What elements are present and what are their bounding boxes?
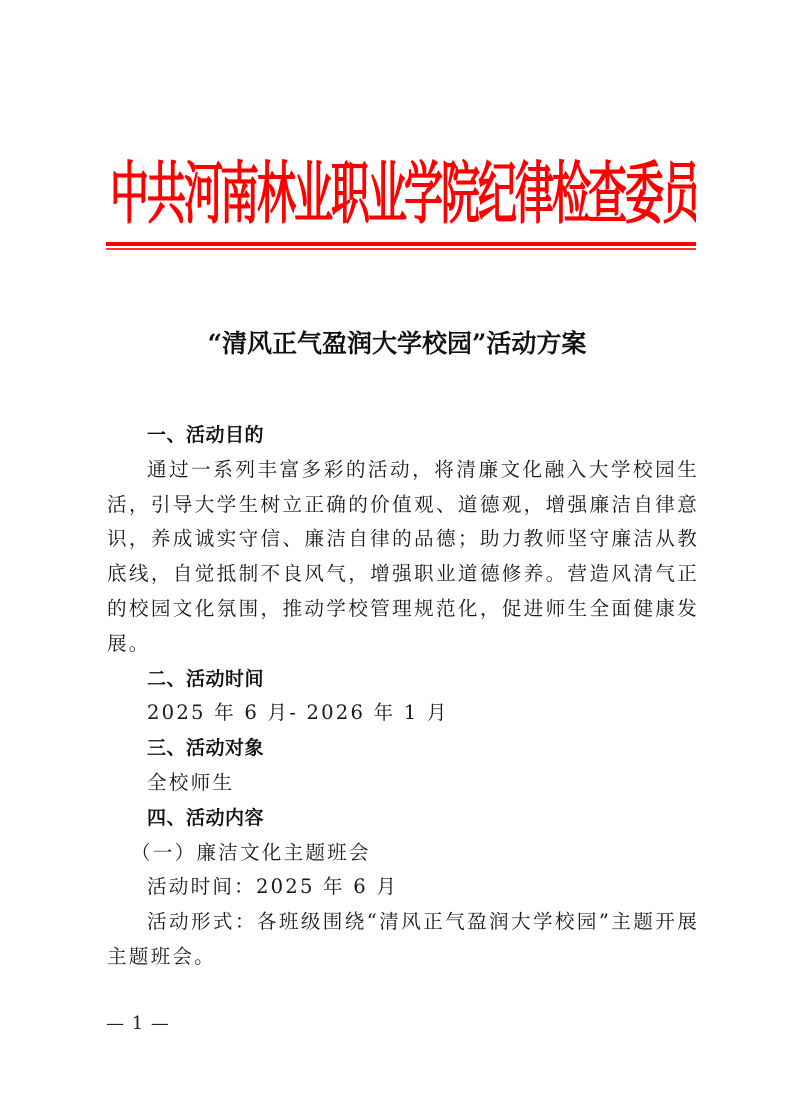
letterhead-glyph: 检 <box>552 156 581 232</box>
letterhead-glyph: 林 <box>257 156 286 232</box>
letterhead-glyph: 院 <box>441 156 470 232</box>
letterhead-thin-rule <box>106 248 696 250</box>
section-body-time: 2025 年 6 月- 2026 年 1 月 <box>107 696 699 731</box>
letterhead-glyph: 学 <box>404 156 433 232</box>
page-number: — 1 — <box>106 1013 170 1034</box>
letterhead-glyph: 中 <box>110 156 139 232</box>
letterhead: 中共河南林业职业学院纪律检查委员会 中共河南林业职业学院纪律检查委员会 <box>106 156 696 232</box>
letterhead-glyph: 查 <box>588 156 617 232</box>
section-body-audience: 全校师生 <box>107 766 699 801</box>
letterhead-glyph: 河 <box>184 156 213 232</box>
letterhead-glyph: 共 <box>147 156 176 232</box>
letterhead-glyph: 业 <box>294 156 323 232</box>
subsection-time: 活动时间：2025 年 6 月 <box>107 870 699 905</box>
letterhead-organization: 中共河南林业职业学院纪律检查委员会 <box>106 156 696 232</box>
letterhead-thick-rule <box>106 242 696 246</box>
section-heading-content: 四、活动内容 <box>107 801 699 836</box>
subsection-form: 活动形式：各班级围绕“清风正气盈润大学校园”主题开展主题班会。 <box>107 905 699 975</box>
document-title: “清风正气盈润大学校园”活动方案 <box>0 324 794 360</box>
section-heading-purpose: 一、活动目的 <box>107 418 699 453</box>
document-body: 一、活动目的 通过一系列丰富多彩的活动，将清廉文化融入大学校园生活，引导大学生树… <box>107 418 699 975</box>
section-body-purpose: 通过一系列丰富多彩的活动，将清廉文化融入大学校园生活，引导大学生树立正确的价值观… <box>107 453 699 662</box>
letterhead-glyph: 员 <box>662 156 691 232</box>
letterhead-glyph: 南 <box>220 156 249 232</box>
letterhead-glyph: 职 <box>331 156 360 232</box>
letterhead-glyph: 律 <box>515 156 544 232</box>
section-heading-audience: 三、活动对象 <box>107 731 699 766</box>
document-page: 中共河南林业职业学院纪律检查委员会 中共河南林业职业学院纪律检查委员会 “清风正… <box>0 0 794 1108</box>
letterhead-glyph: 业 <box>368 156 397 232</box>
subsection-heading-class-meeting: （一）廉洁文化主题班会 <box>107 836 699 871</box>
section-heading-time: 二、活动时间 <box>107 662 699 697</box>
letterhead-glyph: 委 <box>625 156 654 232</box>
letterhead-glyph: 纪 <box>478 156 507 232</box>
